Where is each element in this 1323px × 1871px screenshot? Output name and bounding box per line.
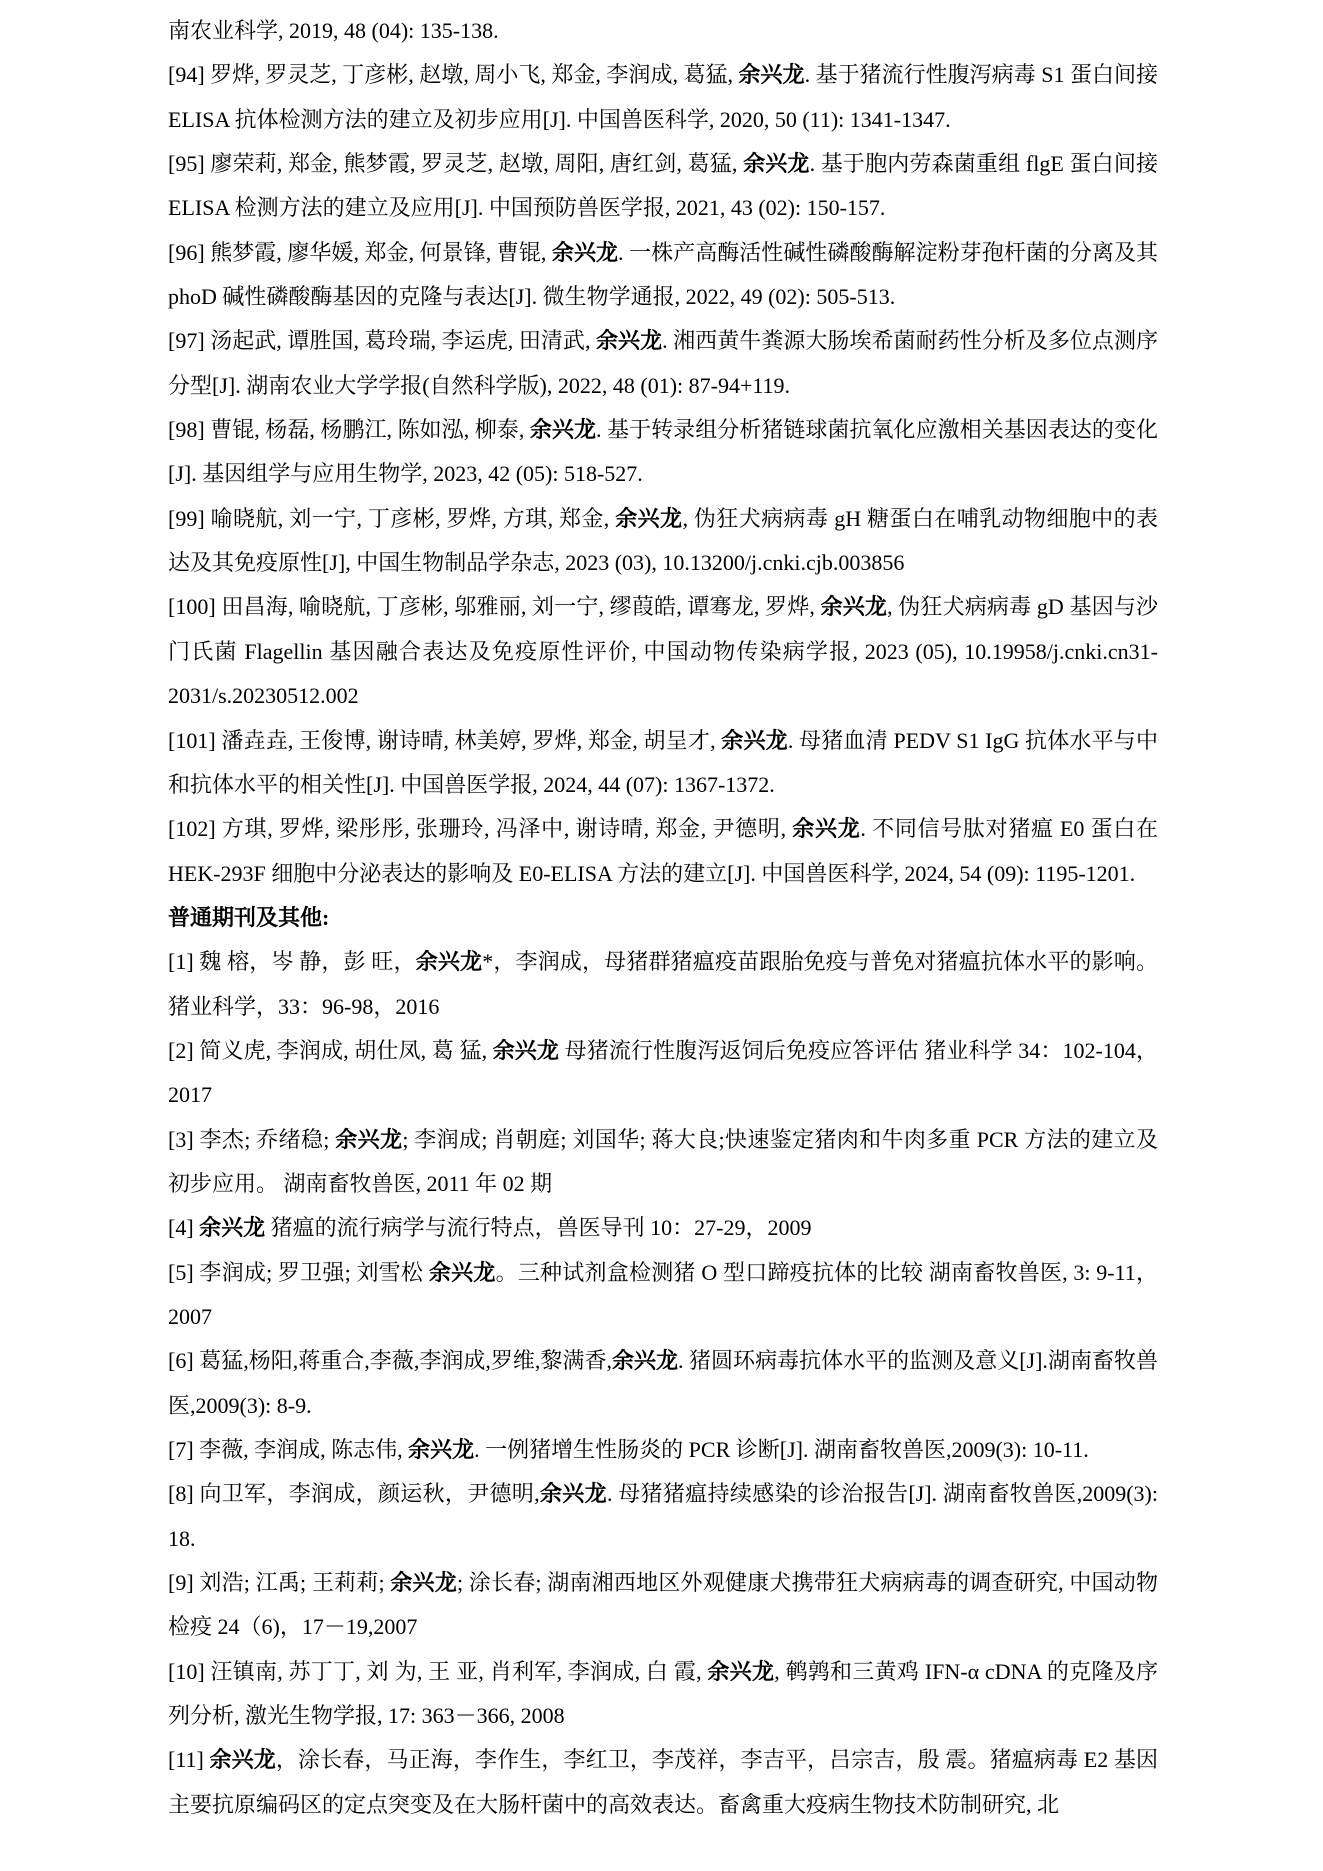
other-ref-6: [6] 葛猛,杨阳,蒋重合,李薇,李润成,罗维,黎满香,余兴龙. 猪圆环病毒抗体… [168, 1339, 1158, 1428]
bold-author-name: 余兴龙 [739, 62, 805, 87]
reference-text: [8] 向卫军，李润成，颜运秋，尹德明, [168, 1481, 540, 1506]
other-ref-7: [7] 李薇, 李润成, 陈志伟, 余兴龙. 一例猪增生性肠炎的 PCR 诊断[… [168, 1428, 1158, 1472]
other-ref-5: [5] 李润成; 罗卫强; 刘雪松 余兴龙。三种试剂盒检测猪 O 型口蹄疫抗体的… [168, 1251, 1158, 1340]
bold-author-name: 余兴龙 [493, 1038, 559, 1063]
reference-text: [101] 潘垚垚, 王俊博, 谢诗晴, 林美婷, 罗烨, 郑金, 胡呈才, [168, 728, 721, 753]
reference-text: [95] 廖荣莉, 郑金, 熊梦霞, 罗灵芝, 赵墩, 周阳, 唐红剑, 葛猛, [168, 151, 743, 176]
reference-text: [9] 刘浩; 江禹; 王莉莉; [168, 1570, 390, 1595]
reference-list: 南农业科学, 2019, 48 (04): 135-138.[94] 罗烨, 罗… [168, 9, 1158, 1827]
other-ref-9: [9] 刘浩; 江禹; 王莉莉; 余兴龙; 涂长春; 湖南湘西地区外观健康犬携带… [168, 1561, 1158, 1650]
reference-text: [5] 李润成; 罗卫强; 刘雪松 [168, 1260, 429, 1285]
bold-author-name: 余兴龙 [612, 1348, 678, 1373]
bold-author-name: 余兴龙 [530, 417, 596, 442]
reference-text: [102] 方琪, 罗烨, 梁彤彤, 张珊玲, 冯泽中, 谢诗晴, 郑金, 尹德… [168, 816, 792, 841]
reference-text: [97] 汤起武, 谭胜国, 葛玲瑞, 李运虎, 田清武, [168, 328, 596, 353]
reference-text: [11] [168, 1747, 209, 1772]
reference-text: [4] [168, 1215, 199, 1240]
bold-author-name: 余兴龙 [721, 728, 788, 753]
reference-text: [7] 李薇, 李润成, 陈志伟, [168, 1437, 408, 1462]
ref-95: [95] 廖荣莉, 郑金, 熊梦霞, 罗灵芝, 赵墩, 周阳, 唐红剑, 葛猛,… [168, 142, 1158, 231]
ref-96: [96] 熊梦霞, 廖华媛, 郑金, 何景锋, 曹锟, 余兴龙. 一株产高酶活性… [168, 231, 1158, 320]
reference-text: [6] 葛猛,杨阳,蒋重合,李薇,李润成,罗维,黎满香, [168, 1348, 612, 1373]
reference-text: [94] 罗烨, 罗灵芝, 丁彦彬, 赵墩, 周小飞, 郑金, 李润成, 葛猛, [168, 62, 739, 87]
reference-text: 南农业科学, 2019, 48 (04): 135-138. [168, 18, 499, 43]
bold-author-name: 余兴龙 [821, 594, 888, 619]
bold-author-name: 普通期刊及其他: [168, 905, 329, 930]
ref-100: [100] 田昌海, 喻晓航, 丁彦彬, 邬雅丽, 刘一宁, 缪葭皓, 谭骞龙,… [168, 585, 1158, 718]
bold-author-name: 余兴龙 [743, 151, 810, 176]
other-ref-3: [3] 李杰; 乔绪稳; 余兴龙; 李润成; 肖朝庭; 刘国华; 蒋大良;快速鉴… [168, 1118, 1158, 1207]
ref-101: [101] 潘垚垚, 王俊博, 谢诗晴, 林美婷, 罗烨, 郑金, 胡呈才, 余… [168, 719, 1158, 808]
bold-author-name: 余兴龙 [416, 949, 482, 974]
reference-text: [10] 汪镇南, 苏丁丁, 刘 为, 王 亚, 肖利军, 李润成, 白 霞, [168, 1659, 707, 1684]
reference-text: [1] 魏 榕，岑 静，彭 旺， [168, 949, 416, 974]
reference-text: . 一例猪增生性肠炎的 PCR 诊断[J]. 湖南畜牧兽医,2009(3): 1… [474, 1437, 1089, 1462]
ref-94: [94] 罗烨, 罗灵芝, 丁彦彬, 赵墩, 周小飞, 郑金, 李润成, 葛猛,… [168, 53, 1158, 142]
other-ref-1: [1] 魏 榕，岑 静，彭 旺，余兴龙*，李润成，母猪群猪瘟疫苗跟胎免疫与普免对… [168, 940, 1158, 1029]
section-heading: 普通期刊及其他: [168, 896, 1158, 940]
bold-author-name: 余兴龙 [209, 1747, 275, 1772]
bold-author-name: 余兴龙 [792, 816, 860, 841]
reference-text: [98] 曹锟, 杨磊, 杨鹏江, 陈如泓, 柳泰, [168, 417, 530, 442]
reference-text: [99] 喻晓航, 刘一宁, 丁彦彬, 罗烨, 方琪, 郑金, [168, 506, 615, 531]
other-ref-2: [2] 简义虎, 李润成, 胡仕凤, 葛 猛, 余兴龙 母猪流行性腹泻返饲后免疫… [168, 1029, 1158, 1118]
ref-99: [99] 喻晓航, 刘一宁, 丁彦彬, 罗烨, 方琪, 郑金, 余兴龙, 伪狂犬… [168, 497, 1158, 586]
reference-text: [96] 熊梦霞, 廖华媛, 郑金, 何景锋, 曹锟, [168, 240, 552, 265]
document-page: 南农业科学, 2019, 48 (04): 135-138.[94] 罗烨, 罗… [0, 0, 1323, 1871]
other-ref-11: [11] 余兴龙，涂长春，马正海，李作生，李红卫，李茂祥，李吉平，吕宗吉，殷 震… [168, 1738, 1158, 1827]
ref-102: [102] 方琪, 罗烨, 梁彤彤, 张珊玲, 冯泽中, 谢诗晴, 郑金, 尹德… [168, 807, 1158, 896]
bold-author-name: 余兴龙 [552, 240, 618, 265]
other-ref-4: [4] 余兴龙 猪瘟的流行病学与流行特点，兽医导刊 10：27-29，2009 [168, 1206, 1158, 1250]
other-ref-8: [8] 向卫军，李润成，颜运秋，尹德明,余兴龙. 母猪猪瘟持续感染的诊治报告[J… [168, 1472, 1158, 1561]
bold-author-name: 余兴龙 [540, 1481, 607, 1506]
reference-text: [3] 李杰; 乔绪稳; [168, 1127, 335, 1152]
other-ref-10: [10] 汪镇南, 苏丁丁, 刘 为, 王 亚, 肖利军, 李润成, 白 霞, … [168, 1650, 1158, 1739]
bold-author-name: 余兴龙 [199, 1215, 265, 1240]
ref-97: [97] 汤起武, 谭胜国, 葛玲瑞, 李运虎, 田清武, 余兴龙. 湘西黄牛粪… [168, 319, 1158, 408]
bold-author-name: 余兴龙 [615, 506, 682, 531]
bold-author-name: 余兴龙 [390, 1570, 457, 1595]
reference-text: [100] 田昌海, 喻晓航, 丁彦彬, 邬雅丽, 刘一宁, 缪葭皓, 谭骞龙,… [168, 594, 821, 619]
bold-author-name: 余兴龙 [707, 1659, 774, 1684]
bold-author-name: 余兴龙 [429, 1260, 496, 1285]
ref-98: [98] 曹锟, 杨磊, 杨鹏江, 陈如泓, 柳泰, 余兴龙. 基于转录组分析猪… [168, 408, 1158, 497]
bold-author-name: 余兴龙 [408, 1437, 474, 1462]
bold-author-name: 余兴龙 [335, 1127, 402, 1152]
bold-author-name: 余兴龙 [596, 328, 662, 353]
reference-text: [2] 简义虎, 李润成, 胡仕凤, 葛 猛, [168, 1038, 493, 1063]
reference-text: 猪瘟的流行病学与流行特点，兽医导刊 10：27-29，2009 [265, 1215, 811, 1240]
ref-93-continuation: 南农业科学, 2019, 48 (04): 135-138. [168, 9, 1158, 53]
reference-text: ，涂长春，马正海，李作生，李红卫，李茂祥，李吉平，吕宗吉，殷 震。猪瘟病毒 E2… [168, 1747, 1158, 1816]
